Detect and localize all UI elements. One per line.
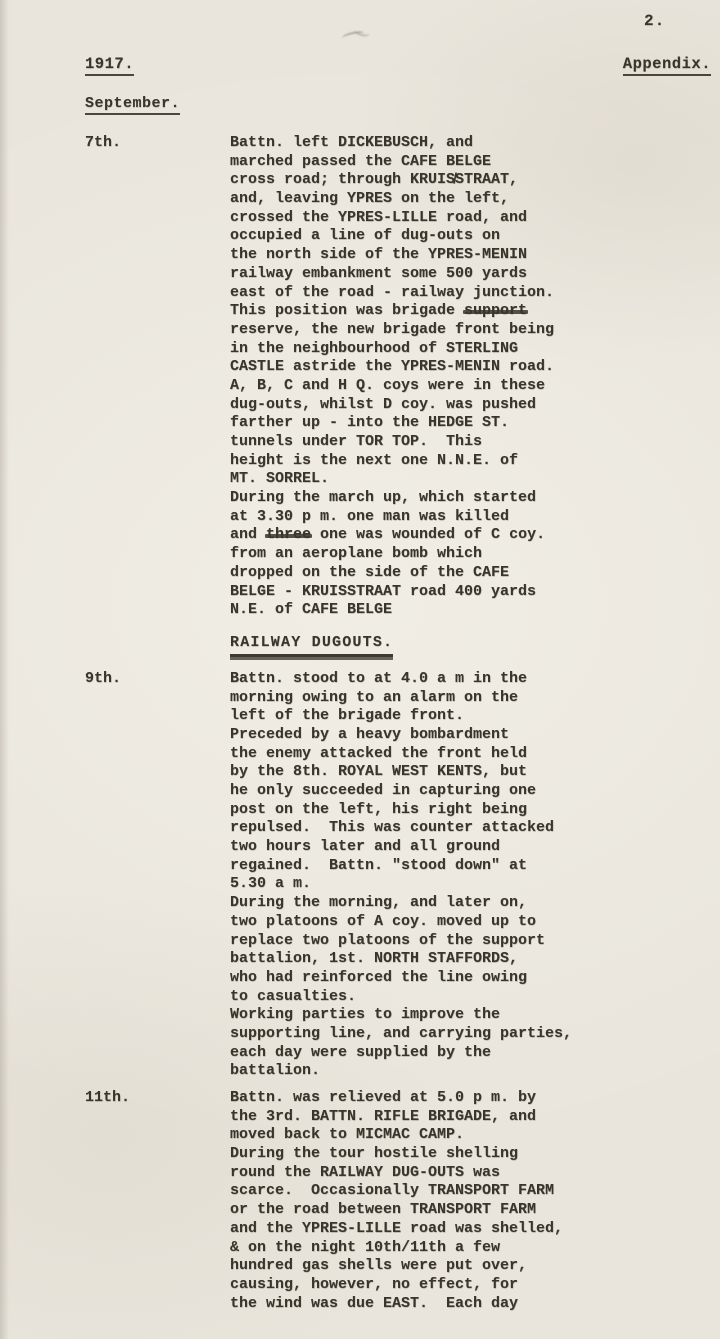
entry-line: height is the next one N.N.E. of <box>230 452 720 471</box>
struck-word: support <box>464 302 527 321</box>
entry-line: in the neighbourhood of STERLING <box>230 340 720 359</box>
struck-word: three <box>266 526 311 545</box>
section-heading-text: RAILWAY DUGOUTS. <box>230 633 393 654</box>
entry-line: dropped on the side of the CAFE <box>230 564 720 583</box>
entry-line: MT. SORREL. <box>230 470 720 489</box>
entry-line: post on the left, his right being <box>230 801 720 820</box>
entry-line: hundred gas shells were put over, <box>230 1257 720 1276</box>
month-heading: September. <box>85 95 180 115</box>
entry-line: reserve, the new brigade front being <box>230 321 720 340</box>
entry-line: east of the road - railway junction. <box>230 284 720 303</box>
entry-date: 11th. <box>85 1089 130 1106</box>
entry-line: left of the brigade front. <box>230 707 720 726</box>
entry-line: the wind was due EAST. Each day <box>230 1295 720 1314</box>
entry-line: and three one was wounded of C coy. <box>230 526 720 545</box>
entry-line: A, B, C and H Q. coys were in these <box>230 377 720 396</box>
section-heading: RAILWAY DUGOUTS. <box>230 633 720 652</box>
entry-line: by the 8th. ROYAL WEST KENTS, but <box>230 763 720 782</box>
entry-line: scarce. Occasionally TRANSPORT FARM <box>230 1182 720 1201</box>
entry-line: marched passed the CAFE BELGE <box>230 153 720 172</box>
entry-line: who had reinforced the line owing <box>230 969 720 988</box>
entry-line: replace two platoons of the support <box>230 932 720 951</box>
entry-line: round the RAILWAY DUG-OUTS was <box>230 1164 720 1183</box>
entry-line: repulsed. This was counter attacked <box>230 819 720 838</box>
entry-lines: Battn. stood to at 4.0 a m in themorning… <box>230 670 720 1081</box>
entry-line: to casualties. <box>230 988 720 1007</box>
document-page: 2. 1917. Appendix. September. 7th.Battn.… <box>0 0 720 1339</box>
year-heading: 1917. <box>85 55 134 76</box>
entry-line: two platoons of A coy. moved up to <box>230 913 720 932</box>
appendix-heading: Appendix. <box>623 55 711 76</box>
entry-line: Battn. was relieved at 5.0 p m. by <box>230 1089 720 1108</box>
entry-line: occupied a line of dug-outs on <box>230 227 720 246</box>
page-number: 2. <box>644 12 665 30</box>
entry-line: CASTLE astride the YPRES-MENIN road. <box>230 358 720 377</box>
entry-line: This position was brigade support <box>230 302 720 321</box>
entry-line: farther up - into the HEDGE ST. <box>230 414 720 433</box>
entry-line: the north side of the YPRES-MENIN <box>230 246 720 265</box>
entry-line: two hours later and all ground <box>230 838 720 857</box>
entry-line: railway embankment some 500 yards <box>230 265 720 284</box>
entry-line: each day were supplied by the <box>230 1044 720 1063</box>
entry-line: supporting line, and carrying parties, <box>230 1025 720 1044</box>
entry-line: dug-outs, whilst D coy. was pushed <box>230 396 720 415</box>
entry-line: and, leaving YPRES on the left, <box>230 190 720 209</box>
entry-line: the 3rd. BATTN. RIFLE BRIGADE, and <box>230 1108 720 1127</box>
entry-line: causing, however, no effect, for <box>230 1276 720 1295</box>
entry-line: the enemy attacked the front held <box>230 745 720 764</box>
entry-line: Preceded by a heavy bombardment <box>230 726 720 745</box>
diary-entry: 9th.Battn. stood to at 4.0 a m in themor… <box>0 670 720 1081</box>
diary-entries: 7th.Battn. left DICKEBUSCH, andmarched p… <box>0 134 720 1313</box>
pencil-smudge <box>340 26 374 40</box>
entry-line: crossed the YPRES-LILLE road, and <box>230 209 720 228</box>
entry-line: he only succeeded in capturing one <box>230 782 720 801</box>
entry-date: 7th. <box>85 134 121 151</box>
entry-line: cross road; through KRUIS̸STRAAT, <box>230 171 720 190</box>
entry-date: 9th. <box>85 670 121 687</box>
entry-line: or the road between TRANSPORT FARM <box>230 1201 720 1220</box>
entry-line: Working parties to improve the <box>230 1006 720 1025</box>
entry-line: moved back to MICMAC CAMP. <box>230 1126 720 1145</box>
entry-line: Battn. stood to at 4.0 a m in the <box>230 670 720 689</box>
entry-line: N.E. of CAFE BELGE <box>230 601 720 620</box>
entry-line: regained. Battn. "stood down" at <box>230 857 720 876</box>
entry-line: Battn. left DICKEBUSCH, and <box>230 134 720 153</box>
entry-line: & on the night 10th/11th a few <box>230 1239 720 1258</box>
entry-line: battalion, 1st. NORTH STAFFORDS, <box>230 950 720 969</box>
entry-line: battalion. <box>230 1062 720 1081</box>
entry-line: tunnels under TOR TOP. This <box>230 433 720 452</box>
entry-line: During the march up, which started <box>230 489 720 508</box>
diary-entry: 11th.Battn. was relieved at 5.0 p m. byt… <box>0 1089 720 1313</box>
entry-line: from an aeroplane bomb which <box>230 545 720 564</box>
entry-lines: Battn. was relieved at 5.0 p m. bythe 3r… <box>230 1089 720 1313</box>
diary-entry: 7th.Battn. left DICKEBUSCH, andmarched p… <box>0 134 720 620</box>
entry-line: morning owing to an alarm on the <box>230 689 720 708</box>
entry-line: BELGE - KRUISSTRAAT road 400 yards <box>230 583 720 602</box>
entry-line: During the tour hostile shelling <box>230 1145 720 1164</box>
entry-line: 5.30 a m. <box>230 875 720 894</box>
entry-line: at 3.30 p m. one man was killed <box>230 508 720 527</box>
entry-lines: Battn. left DICKEBUSCH, andmarched passe… <box>230 134 720 620</box>
entry-line: and the YPRES-LILLE road was shelled, <box>230 1220 720 1239</box>
entry-line: During the morning, and later on, <box>230 894 720 913</box>
